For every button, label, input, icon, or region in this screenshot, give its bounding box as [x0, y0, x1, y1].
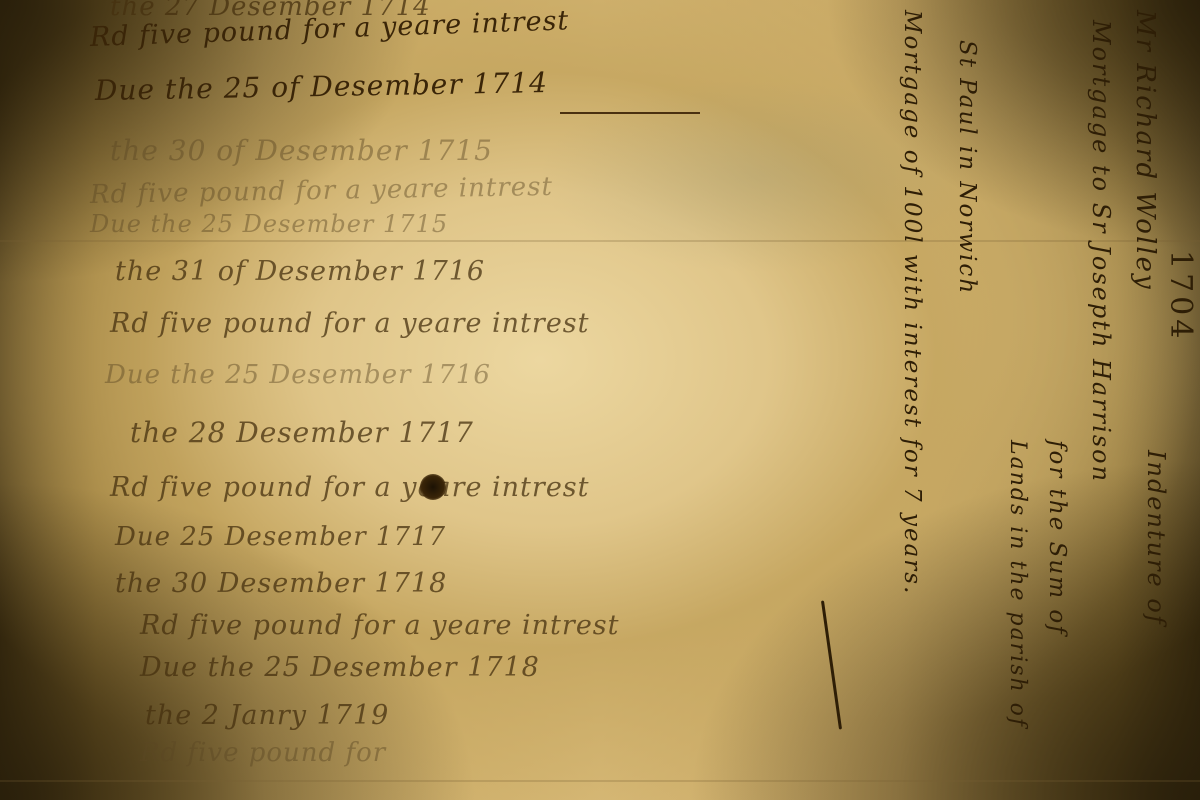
ledger-line: the 28 Desember 1717: [130, 416, 474, 449]
endorsement-line: St Paul in Norwich: [954, 40, 980, 295]
endorsement-year: 1704: [1163, 250, 1198, 342]
ledger-line: Due the 25 Desember 1718: [140, 652, 540, 683]
ledger-line: the 30 of Desember 1715: [110, 134, 493, 167]
ledger-line: Due the 25 Desember 1716: [105, 360, 491, 390]
ledger-line: the 2 Janry 1719: [145, 700, 389, 731]
endorsement-line: Lands in the parish of: [1005, 440, 1030, 728]
ink-blot: [420, 474, 446, 500]
pen-stroke: [821, 600, 842, 729]
parchment-document: the 27 Desember 1714 Rd five pound for a…: [0, 0, 1200, 800]
endorsement-line: Mortgage to Sr Josepth Harrison: [1087, 20, 1115, 483]
ledger-line: Rd five pound for: [140, 738, 386, 768]
endorsement-line: Mr Richard Wolley: [1130, 10, 1160, 291]
endorsement-line: Indenture of: [1142, 450, 1170, 626]
ledger-line: Due the 25 Desember 1715: [90, 210, 448, 238]
ledger-line: Due 25 Desember 1717: [115, 522, 446, 552]
endorsement-line: for the Sum of: [1044, 440, 1070, 636]
ledger-line: Rd five pound for a yeare intrest: [140, 610, 620, 641]
endorsement-line: Mortgage of 100l with interest for 7 yea…: [899, 10, 925, 595]
ledger-line: Rd five pound for a yeare intrest: [110, 308, 590, 339]
ledger-line: the 31 of Desember 1716: [115, 256, 485, 287]
underline-stroke: [560, 112, 700, 114]
ledger-line: Due the 25 of Desember 1714: [95, 66, 548, 107]
ledger-line: the 30 Desember 1718: [115, 568, 447, 599]
ledger-line: Rd five pound for a yeare intrest: [110, 472, 590, 503]
fold-crease: [0, 780, 1200, 782]
fold-crease: [0, 240, 1200, 242]
ledger-line: Rd five pound for a yeare intrest: [90, 172, 553, 210]
